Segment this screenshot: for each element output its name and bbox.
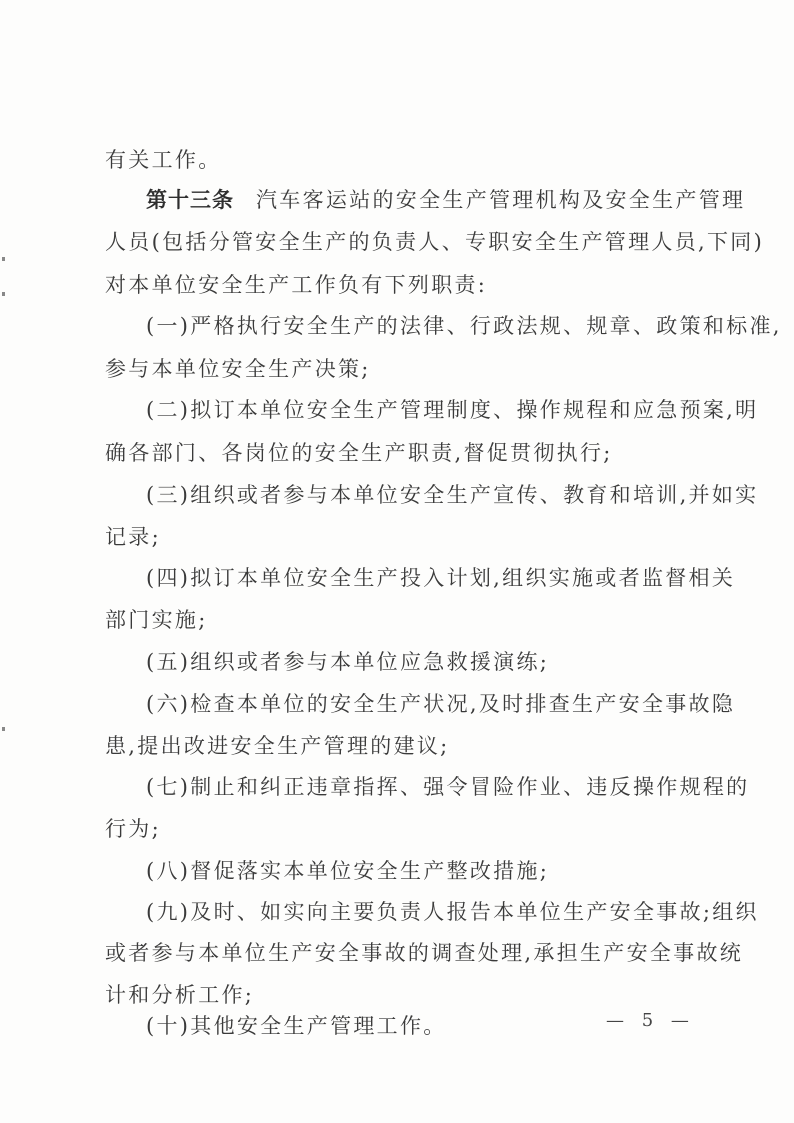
line-text: 或者参与本单位生产安全事故的调查处理,承担生产安全事故统 xyxy=(105,941,743,965)
line-text: 患,提出改进安全生产管理的建议; xyxy=(105,734,450,758)
page-number: — 5 — xyxy=(606,1010,695,1031)
text-line: (五)组织或者参与本单位应急救援演练; xyxy=(146,648,736,676)
text-line: 部门实施; xyxy=(105,606,695,634)
text-line: 人员(包括分管安全生产的负责人、专职安全生产管理人员,下同) xyxy=(105,228,695,256)
text-line: 对本单位安全生产工作负有下列职责: xyxy=(105,271,695,299)
text-line: (四)拟订本单位安全生产投入计划,组织实施或者监督相关 xyxy=(146,564,736,592)
line-text: (八)督促落实本单位安全生产整改措施; xyxy=(146,859,549,883)
margin-mark xyxy=(2,257,5,261)
line-text: (六)检查本单位的安全生产状况,及时排查生产安全事故隐 xyxy=(146,692,735,716)
text-line: 确各部门、各岗位的安全生产职责,督促贯彻执行; xyxy=(105,439,695,467)
text-line: (一)严格执行安全生产的法律、行政法规、规章、政策和标准, xyxy=(146,312,736,340)
line-text: 部门实施; xyxy=(105,608,208,632)
line-text: 记录; xyxy=(105,525,161,549)
line-text: 确各部门、各岗位的安全生产职责,督促贯彻执行; xyxy=(105,441,613,465)
line-text: 汽车客运站的安全生产管理机构及安全生产管理 xyxy=(256,188,745,212)
text-line: 记录; xyxy=(105,523,695,551)
line-text: 行为; xyxy=(105,817,161,841)
text-line: 或者参与本单位生产安全事故的调查处理,承担生产安全事故统 xyxy=(105,939,695,967)
line-text: 对本单位安全生产工作负有下列职责: xyxy=(105,273,487,297)
text-line: (六)检查本单位的安全生产状况,及时排查生产安全事故隐 xyxy=(146,690,736,718)
line-text: 人员(包括分管安全生产的负责人、专职安全生产管理人员,下同) xyxy=(105,230,764,254)
line-text: (一)严格执行安全生产的法律、行政法规、规章、政策和标准, xyxy=(146,314,782,338)
text-line: 计和分析工作; xyxy=(105,981,695,1009)
text-line: 第十三条汽车客运站的安全生产管理机构及安全生产管理 xyxy=(146,186,736,214)
text-line: (九)及时、如实向主要负责人报告本单位生产安全事故;组织 xyxy=(146,898,736,926)
line-text: (七)制止和纠正违章指挥、强令冒险作业、违反操作规程的 xyxy=(146,775,749,799)
line-text: (二)拟订本单位安全生产管理制度、操作规程和应急预案,明 xyxy=(146,398,758,422)
line-text: 计和分析工作; xyxy=(105,983,254,1007)
text-line: 有关工作。 xyxy=(105,146,695,174)
margin-mark xyxy=(2,292,5,296)
line-text: (九)及时、如实向主要负责人报告本单位生产安全事故;组织 xyxy=(146,900,759,924)
line-text: 有关工作。 xyxy=(105,148,222,172)
margin-mark xyxy=(2,727,5,731)
text-line: 参与本单位安全生产决策; xyxy=(105,355,695,383)
text-line: (七)制止和纠正违章指挥、强令冒险作业、违反操作规程的 xyxy=(146,773,736,801)
text-line: (八)督促落实本单位安全生产整改措施; xyxy=(146,857,736,885)
line-text: (十)其他安全生产管理工作。 xyxy=(146,1014,447,1038)
article-number: 第十三条 xyxy=(146,188,234,212)
line-text: 参与本单位安全生产决策; xyxy=(105,357,371,381)
line-text: (三)组织或者参与本单位安全生产宣传、教育和培训,并如实 xyxy=(146,483,758,507)
text-line: 行为; xyxy=(105,815,695,843)
line-text: (五)组织或者参与本单位应急救援演练; xyxy=(146,650,549,674)
text-line: (三)组织或者参与本单位安全生产宣传、教育和培训,并如实 xyxy=(146,481,736,509)
text-line: 患,提出改进安全生产管理的建议; xyxy=(105,732,695,760)
line-text: (四)拟订本单位安全生产投入计划,组织实施或者监督相关 xyxy=(146,566,735,590)
text-line: (二)拟订本单位安全生产管理制度、操作规程和应急预案,明 xyxy=(146,396,736,424)
